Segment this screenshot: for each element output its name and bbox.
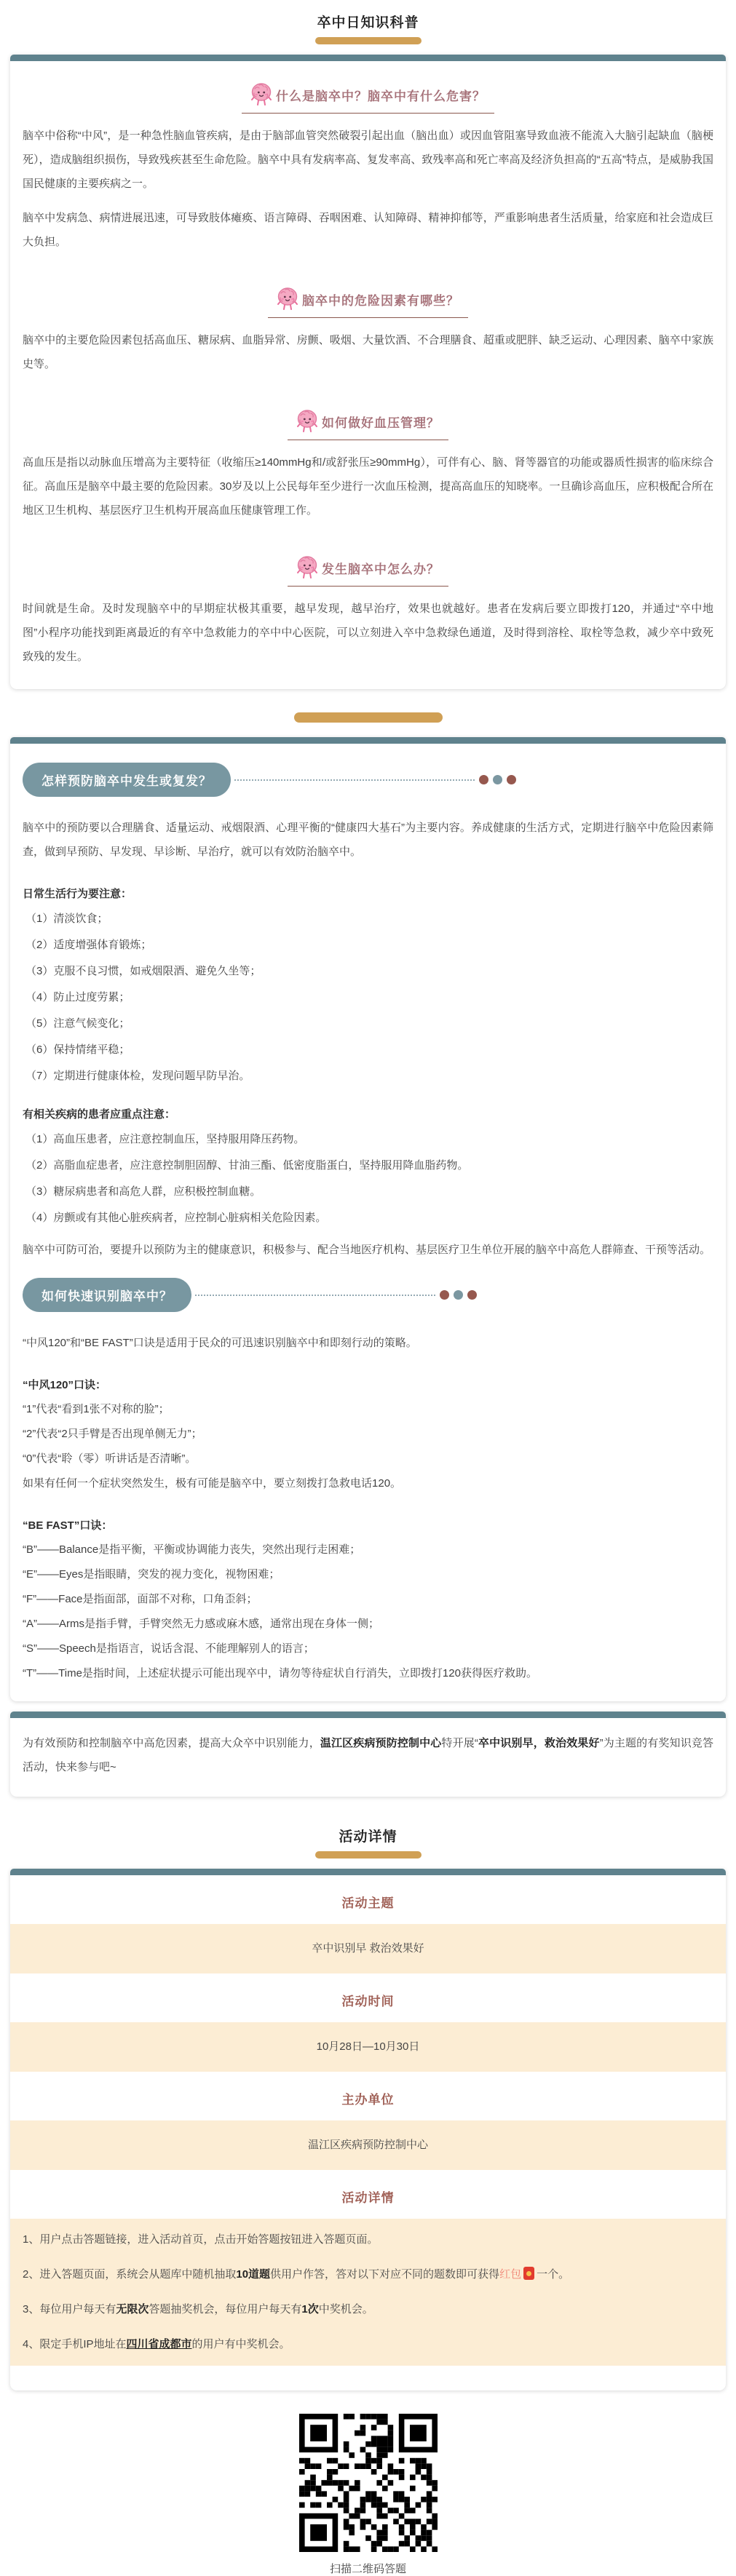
qr-block: 扫描二维码答题 <box>0 2414 736 2576</box>
brain-mascot-icon <box>250 82 272 108</box>
text-segment: 为有效预防和控制脑卒中高危因素，提高大众卒中识别能力， <box>23 1737 320 1749</box>
detail-line: 4、限定手机IP地址在四川省成都市的用户有中奖机会。 <box>23 2335 713 2354</box>
bold-text: 卒中识别早，救治效果好 <box>478 1737 600 1749</box>
brain-mascot-icon <box>296 554 318 581</box>
section-heading: 什么是脑卒中？脑卒中有什么危害？ <box>23 82 713 114</box>
dotted-leader-line <box>195 1295 435 1296</box>
detail-group-heading: 活动主题 <box>10 1875 726 1924</box>
activity-details-header: 活动详情 <box>0 1797 736 1859</box>
bold-text: 10道题 <box>236 2268 270 2281</box>
bold-text: 1次 <box>301 2303 318 2315</box>
mnemonic-line: “B”——Balance是指平衡，平衡或协调能力丧失，突然出现行走困难； <box>23 1542 713 1557</box>
body-paragraph: 脑卒中可防可治，要提升以预防为主的健康意识，积极参与、配合当地医疗机构、基层医疗… <box>23 1238 713 1262</box>
text-segment: 4、限定手机IP地址在 <box>23 2338 127 2350</box>
detail-line: 10月28日—10月30日 <box>23 2038 713 2056</box>
divider-wrap <box>0 689 736 727</box>
detail-line: 3、每位用户每天有无限次答题抽奖机会，每位用户每天有1次中奖机会。 <box>23 2300 713 2319</box>
subheading-bold: “BE FAST”口诀： <box>23 1517 713 1533</box>
numbered-list-item: （5）注意气候变化； <box>25 1016 713 1032</box>
pill-section-label: 如何快速识别脑卒中？ <box>23 1278 191 1312</box>
title-accent-bar <box>315 37 422 44</box>
card-top-bar <box>10 55 726 61</box>
section-heading-text: 什么是脑卒中？脑卒中有什么危害？ <box>276 86 486 108</box>
mnemonic-line: “S”——Speech是指语言，说话含混、不能理解别人的语言； <box>23 1641 713 1656</box>
text-segment: 温江区疾病预防控制中心 <box>308 2139 428 2151</box>
text-segment: 答题抽奖机会，每位用户每天有 <box>149 2303 301 2315</box>
numbered-list-item: （6）保持情绪平稳； <box>25 1042 713 1058</box>
text-segment: 卒中识别早 救治效果好 <box>312 1942 424 1955</box>
subheading-bold: 有相关疾病的患者应重点注意： <box>23 1106 713 1121</box>
numbered-list-item: （2）高脂血症患者，应注意控制胆固醇、甘油三酯、低密度脂蛋白，坚持服用降血脂药物… <box>25 1158 713 1174</box>
prevention-card: 怎样预防脑卒中发生或复发？脑卒中的预防要以合理膳食、适量运动、戒烟限酒、心理平衡… <box>10 737 726 1701</box>
card-top-bar <box>10 1869 726 1875</box>
knowledge-section: 什么是脑卒中？脑卒中有什么危害？脑卒中俗称“中风”，是一种急性脑血管疾病，是由于… <box>23 82 713 254</box>
section-heading-inner: 如何做好血压管理？ <box>288 408 448 440</box>
mnemonic-line: “2”代表“2只手臂是否出现单侧无力”； <box>23 1426 713 1442</box>
section-heading: 发生脑卒中怎么办？ <box>23 554 713 587</box>
detail-group-heading: 主办单位 <box>10 2072 726 2120</box>
accent-dot-red <box>479 775 488 784</box>
pill-section-row: 如何快速识别脑卒中？ <box>23 1278 713 1312</box>
knowledge-section: 如何做好血压管理？高血压是指以动脉血压增高为主要特征（收缩压≥140mmHg和/… <box>23 408 713 522</box>
body-paragraph: 脑卒中的主要危险因素包括高血压、糖尿病、血脂异常、房颤、吸烟、大量饮酒、不合理膳… <box>23 328 713 376</box>
numbered-list-item: （2）适度增强体育锻炼； <box>25 937 713 953</box>
body-paragraph: 脑卒中发病急、病情进展迅速，可导致肢体瘫痪、语言障碍、吞咽困难、认知障碍、精神抑… <box>23 206 713 254</box>
body-paragraph: 高血压是指以动脉血压增高为主要特征（收缩压≥140mmHg和/或舒张压≥90mm… <box>23 450 713 522</box>
section-heading: 脑卒中的危险因素有哪些？ <box>23 286 713 318</box>
accent-dot-teal <box>493 775 502 784</box>
brain-mascot-icon <box>296 408 318 434</box>
prevention-card-body: 怎样预防脑卒中发生或复发？脑卒中的预防要以合理膳食、适量运动、戒烟限酒、心理平衡… <box>10 744 726 1701</box>
article-page: 卒中日知识科普 什么是脑卒中？脑卒中有什么危害？脑卒中俗称“中风”，是一种急性脑… <box>0 0 736 2576</box>
red-envelope-emoji <box>523 2267 534 2280</box>
accent-dot-red <box>467 1290 477 1300</box>
text-segment: 1、用户点击答题链接，进入活动首页，点击开始答题按钮进入答题页面。 <box>23 2233 378 2246</box>
subheading-bold: “中风120”口诀： <box>23 1377 713 1392</box>
detail-line: 2、进入答题页面，系统会从题库中随机抽取10道题供用户作答，答对以下对应不同的题… <box>23 2265 713 2284</box>
body-paragraph: 脑卒中俗称“中风”，是一种急性脑血管疾病，是由于脑部血管突然破裂引起出血（脑出血… <box>23 124 713 196</box>
knowledge-card: 什么是脑卒中？脑卒中有什么危害？脑卒中俗称“中风”，是一种急性脑血管疾病，是由于… <box>10 55 726 689</box>
card-top-bar <box>10 1712 726 1718</box>
text-segment: 3、每位用户每天有 <box>23 2303 116 2315</box>
detail-cream-box: 1、用户点击答题链接，进入活动首页，点击开始答题按钮进入答题页面。2、进入答题页… <box>10 2219 726 2366</box>
detail-cream-box: 温江区疾病预防控制中心 <box>10 2120 726 2170</box>
numbered-list-item: （3）克服不良习惯，如戒烟限酒、避免久坐等； <box>25 963 713 979</box>
body-paragraph: 时间就是生命。及时发现脑卒中的早期症状极其重要，越早发现，越早治疗，效果也就越好… <box>23 597 713 669</box>
accent-dot-teal <box>454 1290 463 1300</box>
brain-mascot-icon <box>277 286 298 312</box>
text-segment: 供用户作答，答对以下对应不同的题数即可获得 <box>270 2268 499 2281</box>
section-heading-inner: 脑卒中的危险因素有哪些？ <box>268 286 468 318</box>
numbered-list-item: （4）防止过度劳累； <box>25 990 713 1006</box>
pill-section-label: 怎样预防脑卒中发生或复发？ <box>23 763 231 797</box>
detail-cream-box: 卒中识别早 救治效果好 <box>10 1924 726 1973</box>
section-heading-text: 脑卒中的危险因素有哪些？ <box>302 290 459 312</box>
numbered-list-item: （1）高血压患者，应注意控制血压，坚持服用降压药物。 <box>25 1132 713 1148</box>
body-paragraph: 脑卒中的预防要以合理膳食、适量运动、戒烟限酒、心理平衡的“健康四大基石”为主要内… <box>23 816 713 864</box>
detail-cream-box: 10月28日—10月30日 <box>10 2022 726 2072</box>
knowledge-section: 脑卒中的危险因素有哪些？脑卒中的主要危险因素包括高血压、糖尿病、血脂异常、房颤、… <box>23 286 713 376</box>
mnemonic-line: “A”——Arms是指手臂，手臂突然无力感或麻木感，通常出现在身体一侧； <box>23 1616 713 1631</box>
mnemonic-line: “0”代表“聆（零）听讲话是否清晰”。 <box>23 1451 713 1466</box>
numbered-list-item: （7）定期进行健康体检，发现问题早防早治。 <box>25 1068 713 1084</box>
detail-group-heading: 活动时间 <box>10 1973 726 2022</box>
section-heading-inner: 什么是脑卒中？脑卒中有什么危害？ <box>242 82 494 114</box>
section-heading-text: 如何做好血压管理？ <box>322 413 440 434</box>
text-segment: 2、进入答题页面，系统会从题库中随机抽取 <box>23 2268 236 2281</box>
title-accent-bar <box>315 1851 422 1859</box>
qr-code <box>299 2414 438 2552</box>
section-divider-bar <box>294 712 443 723</box>
activity-details-card: 活动主题卒中识别早 救治效果好活动时间10月28日—10月30日主办单位温江区疾… <box>10 1869 726 2390</box>
bold-text: 温江区疾病预防控制中心 <box>320 1737 442 1749</box>
activity-intro-paragraph: 为有效预防和控制脑卒中高危因素，提高大众卒中识别能力，温江区疾病预防控制中心特开… <box>23 1731 713 1779</box>
bold-text: 四川省成都市 <box>127 2338 192 2350</box>
pill-section-row: 怎样预防脑卒中发生或复发？ <box>23 763 713 797</box>
text-segment: 的用户有中奖机会。 <box>192 2338 290 2350</box>
section-heading: 如何做好血压管理？ <box>23 408 713 440</box>
detail-line: 温江区疾病预防控制中心 <box>23 2136 713 2155</box>
card-top-bar <box>10 737 726 744</box>
section-heading-inner: 发生脑卒中怎么办？ <box>288 554 448 587</box>
activity-intro-card: 为有效预防和控制脑卒中高危因素，提高大众卒中识别能力，温江区疾病预防控制中心特开… <box>10 1712 726 1797</box>
numbered-list-item: （1）清淡饮食； <box>25 911 713 927</box>
page-title: 卒中日知识科普 <box>0 12 736 31</box>
activity-details-title: 活动详情 <box>0 1826 736 1845</box>
detail-line: 卒中识别早 救治效果好 <box>23 1939 713 1958</box>
text-segment: 一个。 <box>537 2268 569 2281</box>
page-header: 卒中日知识科普 <box>0 0 736 44</box>
subheading-bold: 日常生活行为要注意： <box>23 886 713 901</box>
mnemonic-line: “E”——Eyes是指眼睛，突发的视力变化，视物困难； <box>23 1567 713 1582</box>
mnemonic-line: “T”——Time是指时间，上述症状提示可能出现卒中，请勿等待症状自行消失，立即… <box>23 1666 713 1681</box>
detail-group-heading: 活动详情 <box>10 2170 726 2219</box>
text-segment: 特开展“ <box>441 1737 478 1749</box>
body-paragraph: “中风120”和“BE FAST”口诀是适用于民众的可迅速识别脑卒中和即刻行动的… <box>23 1331 713 1355</box>
knowledge-section: 发生脑卒中怎么办？时间就是生命。及时发现脑卒中的早期症状极其重要，越早发现，越早… <box>23 554 713 669</box>
numbered-list-item: （3）糖尿病患者和高危人群，应积极控制血糖。 <box>25 1184 713 1200</box>
mnemonic-line: 如果有任何一个症状突然发生，极有可能是脑卒中，要立刻拨打急救电话120。 <box>23 1476 713 1491</box>
knowledge-card-body: 什么是脑卒中？脑卒中有什么危害？脑卒中俗称“中风”，是一种急性脑血管疾病，是由于… <box>10 61 726 689</box>
section-heading-text: 发生脑卒中怎么办？ <box>322 559 440 581</box>
numbered-list-item: （4）房颤或有其他心脏疾病者，应控制心脏病相关危险因素。 <box>25 1210 713 1226</box>
text-segment: 中奖机会。 <box>319 2303 373 2315</box>
mnemonic-line: “F”——Face是指面部，面部不对称，口角歪斜； <box>23 1591 713 1607</box>
activity-details-body: 活动主题卒中识别早 救治效果好活动时间10月28日—10月30日主办单位温江区疾… <box>10 1875 726 2390</box>
text-segment: 10月28日—10月30日 <box>317 2040 420 2053</box>
dotted-leader-line <box>234 779 475 781</box>
accent-dot-red <box>440 1290 449 1300</box>
bold-text: 无限次 <box>116 2303 149 2315</box>
mnemonic-line: “1”代表“看到1张不对称的脸”； <box>23 1402 713 1417</box>
hongbao-highlight-text: 红包 <box>499 2268 521 2281</box>
accent-dot-red <box>507 775 516 784</box>
detail-line: 1、用户点击答题链接，进入活动首页，点击开始答题按钮进入答题页面。 <box>23 2230 713 2249</box>
qr-caption: 扫描二维码答题 <box>0 2561 736 2576</box>
